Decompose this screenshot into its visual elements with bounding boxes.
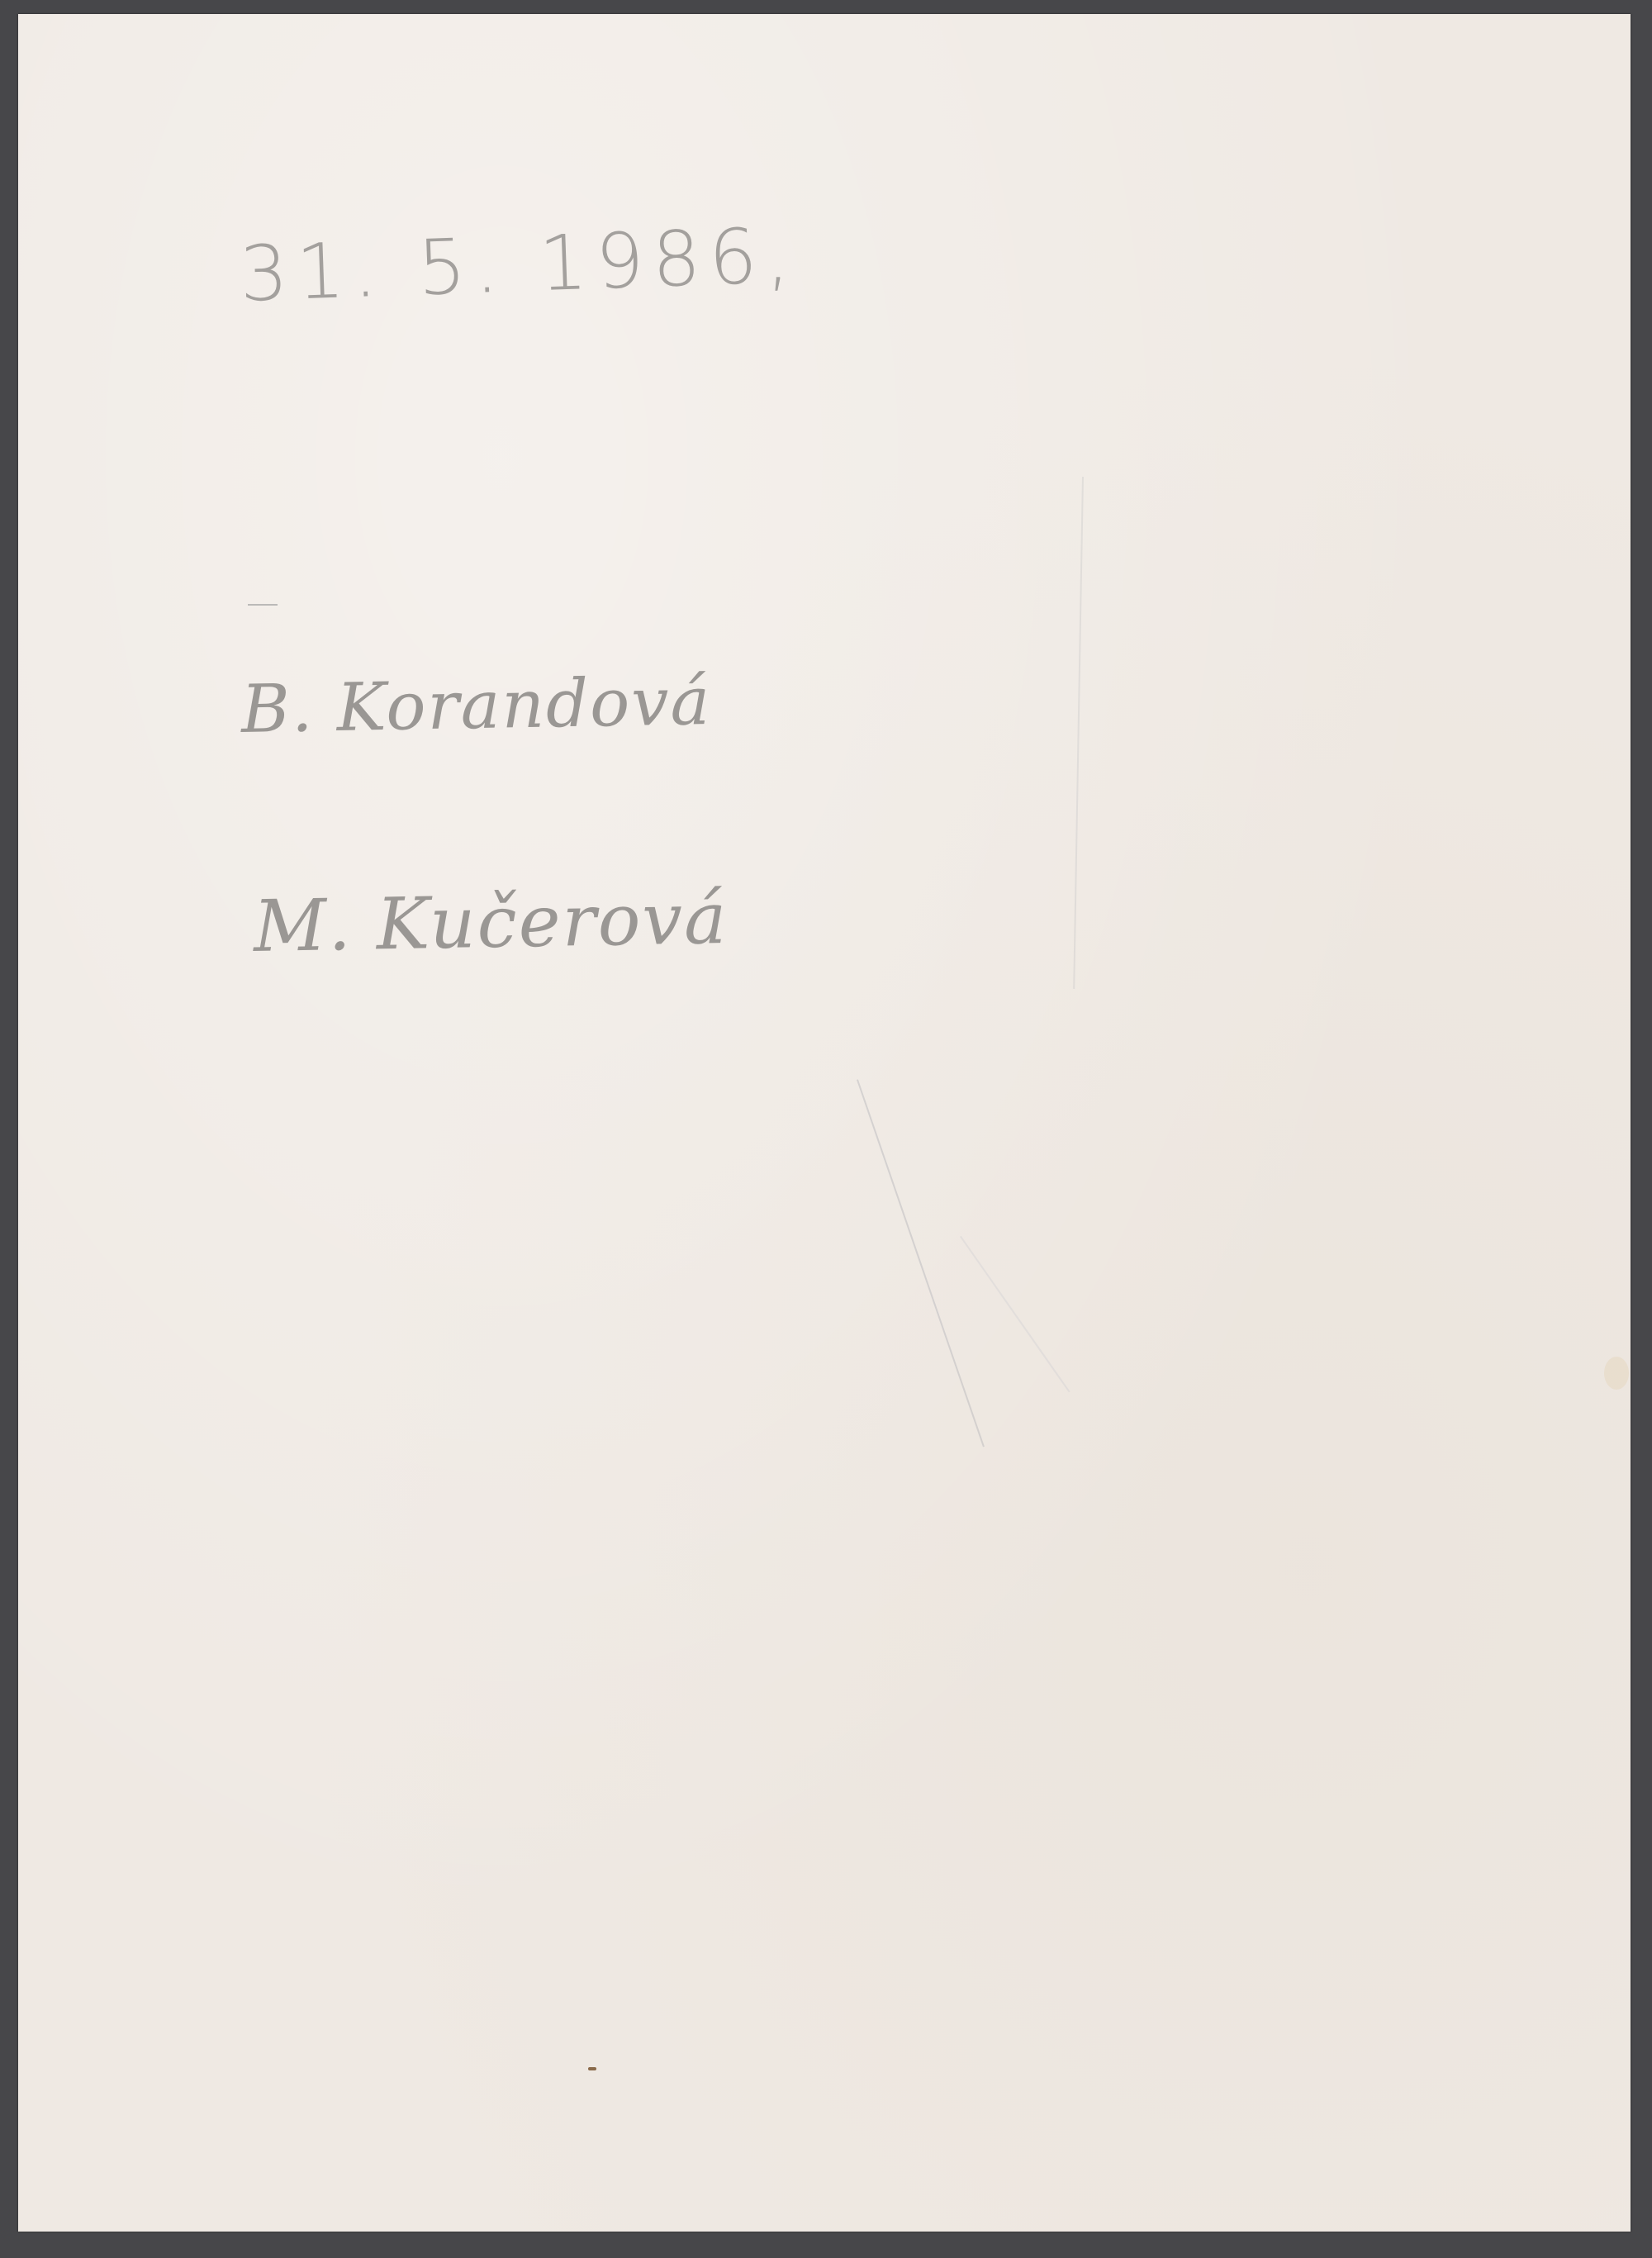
photo-back-paper: 31. 5. 1986, B. Korandová M. Kučerová — [18, 14, 1631, 2232]
paper-crease — [857, 1079, 985, 1447]
handwritten-name-2: M. Kučerová — [253, 877, 729, 968]
paper-speck — [588, 2067, 596, 2070]
pencil-dash-mark — [248, 604, 278, 606]
paper-stain — [1604, 1357, 1629, 1390]
handwritten-name-1: B. Korandová — [240, 663, 712, 748]
paper-crease — [1073, 477, 1084, 989]
paper-crease — [960, 1236, 1070, 1393]
handwritten-date: 31. 5. 1986, — [238, 211, 799, 319]
